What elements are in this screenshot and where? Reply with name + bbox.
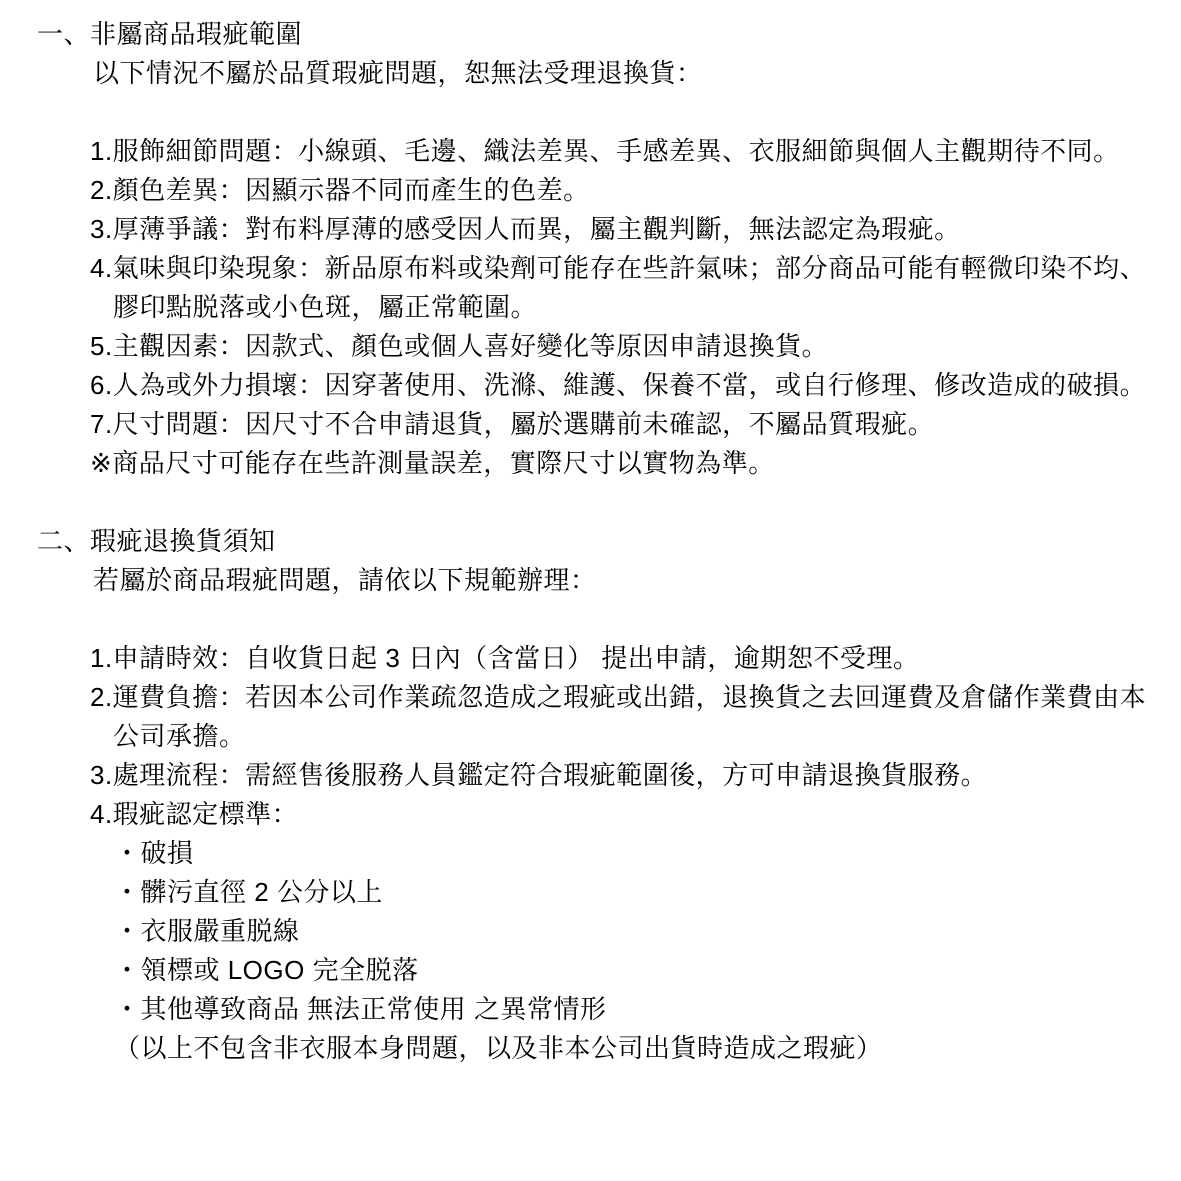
section1-intro: 以下情況不屬於品質瑕疵問題，恕無法受理退換貨：	[0, 54, 1181, 93]
defect-criteria-note: （以上不包含非衣服本身問題，以及非本公司出貨時造成之瑕疵）	[0, 1029, 1181, 1068]
section2-item-1: 1.申請時效：自收貨日起 3 日內（含當日） 提出申請，逾期恕不受理。	[0, 639, 1181, 678]
defect-criterion-1: ・破損	[0, 834, 1181, 873]
section1-item-1: 1.服飾細節問題：小線頭、毛邊、織法差異、手感差異、衣服細節與個人主觀期待不同。	[0, 132, 1181, 171]
defect-criterion-2: ・髒污直徑 2 公分以上	[0, 873, 1181, 912]
section1-size-note: ※商品尺寸可能存在些許測量誤差，實際尺寸以實物為準。	[0, 444, 1181, 483]
defect-criterion-5: ・其他導致商品 無法正常使用 之異常情形	[0, 990, 1181, 1029]
section1-item-5: 5.主觀因素：因款式、顏色或個人喜好變化等原因申請退換貨。	[0, 327, 1181, 366]
defect-criterion-3: ・衣服嚴重脱線	[0, 912, 1181, 951]
section1-item-3: 3.厚薄爭議：對布料厚薄的感受因人而異，屬主觀判斷，無法認定為瑕疵。	[0, 210, 1181, 249]
section1-heading: 一、非屬商品瑕疵範圍	[0, 15, 1181, 54]
spacer	[0, 600, 1181, 639]
section2-item-3: 3.處理流程：需經售後服務人員鑑定符合瑕疵範圍後，方可申請退換貨服務。	[0, 756, 1181, 795]
section1-item-4-continuation: 膠印點脱落或小色斑，屬正常範圍。	[0, 288, 1181, 327]
spacer	[0, 93, 1181, 132]
spacer	[0, 483, 1181, 522]
section1-item-7: 7.尺寸問題：因尺寸不合申請退貨，屬於選購前未確認，不屬品質瑕疵。	[0, 405, 1181, 444]
policy-document: 一、非屬商品瑕疵範圍 以下情況不屬於品質瑕疵問題，恕無法受理退換貨： 1.服飾細…	[0, 0, 1181, 1068]
section2-item-2: 2.運費負擔：若因本公司作業疏忽造成之瑕疵或出錯，退換貨之去回運費及倉儲作業費由…	[0, 678, 1181, 717]
section2-item-4: 4.瑕疵認定標準：	[0, 795, 1181, 834]
defect-criterion-4: ・領標或 LOGO 完全脱落	[0, 951, 1181, 990]
section2-item-2-continuation: 公司承擔。	[0, 717, 1181, 756]
section2-intro: 若屬於商品瑕疵問題，請依以下規範辦理：	[0, 561, 1181, 600]
section1-item-6: 6.人為或外力損壞：因穿著使用、洗滌、維護、保養不當，或自行修理、修改造成的破損…	[0, 366, 1181, 405]
section1-item-4: 4.氣味與印染現象：新品原布料或染劑可能存在些許氣味；部分商品可能有輕微印染不均…	[0, 249, 1181, 288]
section1-item-2: 2.顏色差異：因顯示器不同而產生的色差。	[0, 171, 1181, 210]
section2-heading: 二、瑕疵退換貨須知	[0, 522, 1181, 561]
